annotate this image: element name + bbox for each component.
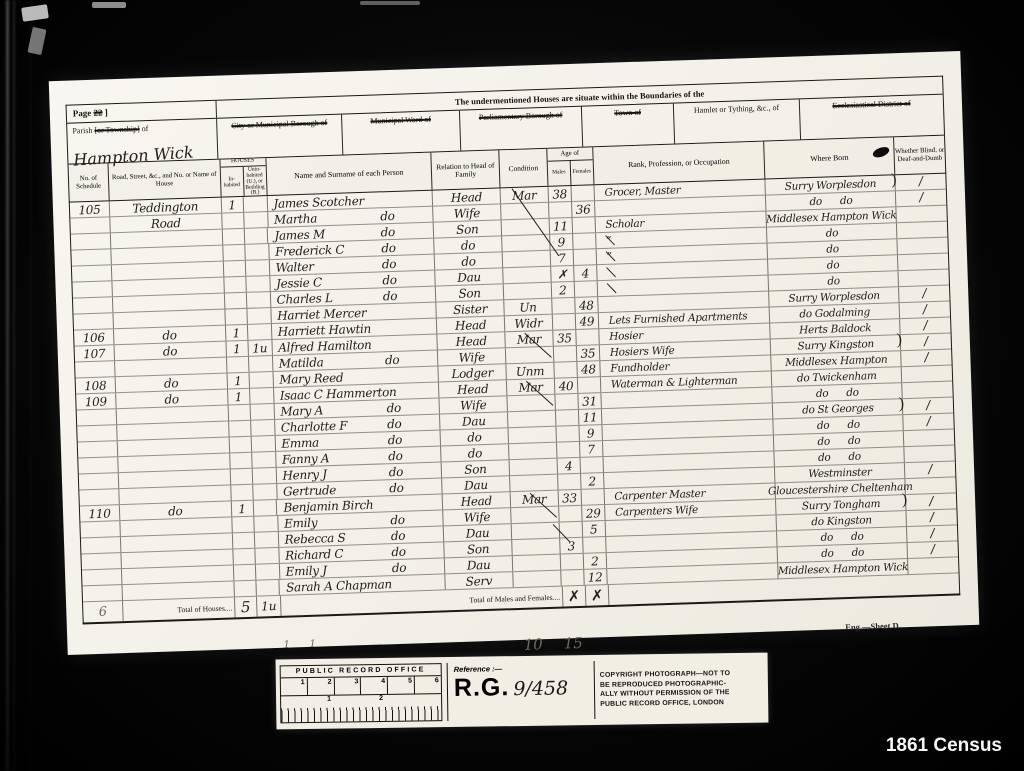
check-mark	[897, 206, 947, 223]
age-male	[561, 554, 584, 570]
houses-uninhabited	[250, 388, 274, 404]
check-mark	[908, 557, 958, 574]
col-age-title: Age of	[560, 148, 579, 160]
condition: Unm	[506, 363, 554, 380]
col-females: Females	[571, 160, 594, 185]
public-record-office-label: PUBLIC RECORD OFFICE 123456 12 Reference…	[276, 653, 769, 730]
schedule-number	[77, 409, 117, 425]
check-mark	[904, 429, 954, 446]
houses-inhabited	[232, 533, 254, 549]
condition	[501, 203, 549, 220]
age-female: 48	[577, 361, 600, 377]
col-houses: HOUSES In-habited Unin-habited (U.), or …	[220, 158, 267, 197]
ruler-inch-mark: 3	[334, 677, 361, 694]
houses-uninhabited	[252, 452, 276, 468]
pro-copyright-notice: COPYRIGHT PHOTOGRAPH—NOT TOBE REPRODUCED…	[600, 660, 765, 718]
check-mark: /	[907, 509, 957, 526]
relation-to-head: Wife	[438, 348, 506, 365]
age-female	[581, 489, 604, 505]
check-mark: /	[900, 302, 950, 319]
schedule-number	[77, 425, 117, 441]
schedule-number	[83, 585, 123, 601]
schedule-number: 105	[70, 201, 110, 217]
ruler-inch-mark: 5	[388, 676, 415, 693]
ecclesiastical-label: Ecclesiastical District of	[832, 99, 910, 111]
age-male: 4	[557, 458, 580, 474]
condition: Un	[504, 299, 552, 316]
age-male	[553, 314, 576, 330]
houses-uninhabited	[248, 324, 272, 340]
houses-uninhabited: 1u	[248, 340, 272, 356]
total-houses-label: Total of Houses....	[123, 597, 236, 621]
condition: Mar	[501, 187, 549, 204]
col-inhabited: In-habited	[220, 167, 244, 196]
schedule-number: 108	[76, 377, 116, 393]
relation-to-head: Son	[444, 540, 512, 557]
age-female: 36	[572, 201, 595, 217]
relation-to-head: Head	[437, 316, 505, 333]
schedule-number: 106	[74, 329, 114, 345]
houses-uninhabited	[245, 260, 269, 276]
reference-number: 9/458	[513, 677, 568, 700]
schedule-number	[81, 537, 121, 553]
schedule-number	[81, 553, 121, 569]
road-name	[122, 581, 234, 600]
age-female: 5	[582, 521, 605, 537]
schedule-number	[71, 233, 111, 249]
age-female: 7	[580, 441, 603, 457]
ruler-inch-mark: 1	[281, 678, 308, 695]
age-male	[559, 506, 582, 522]
condition	[503, 267, 551, 284]
col-relation: Relation to Head of Family	[431, 150, 500, 189]
where-born: Middlesex Hampton Wick	[778, 559, 908, 578]
age-female: 49	[576, 313, 599, 329]
houses-inhabited	[229, 421, 251, 437]
relation-to-head: Wife	[443, 508, 511, 525]
film-blotch	[92, 2, 126, 8]
age-male: 11	[549, 218, 572, 234]
film-scratch	[6, 0, 9, 771]
condition	[512, 539, 560, 556]
page-label: Page	[73, 108, 92, 119]
census-year-watermark: 1861 Census	[886, 735, 1002, 757]
age-male: 40	[555, 378, 578, 394]
condition	[510, 459, 558, 476]
check-mark: /	[901, 334, 951, 351]
houses-inhabited	[223, 261, 245, 277]
age-female	[580, 457, 603, 473]
houses-uninhabited	[256, 580, 280, 596]
houses-uninhabited	[254, 516, 278, 532]
condition	[502, 235, 550, 252]
total-males-crossed: ✗	[563, 586, 587, 607]
houses-inhabited: 1	[221, 197, 243, 213]
census-form: Page 22 ] The undermentioned Houses are …	[66, 76, 961, 625]
check-mark	[897, 222, 947, 239]
relation-to-head: Wife	[440, 396, 508, 413]
parish-label: Parish	[72, 126, 92, 136]
municipal-ward-label: Municipal Ward of	[370, 115, 431, 126]
schedule-number	[78, 441, 118, 457]
col-age: Age of Males Females	[547, 147, 594, 186]
schedule-number	[71, 249, 111, 265]
houses-uninhabited	[253, 484, 277, 500]
age-male	[554, 362, 577, 378]
schedule-number: 109	[76, 393, 116, 409]
town-label: Town of	[614, 108, 641, 118]
schedule-number	[75, 361, 115, 377]
col-name: Name and Surname of each Person	[266, 153, 433, 195]
col-condition: Condition	[499, 149, 548, 188]
houses-uninhabited	[251, 436, 275, 452]
age-female: 12	[584, 569, 607, 585]
houses-uninhabited	[246, 292, 270, 308]
houses-inhabited	[229, 437, 251, 453]
check-mark	[902, 381, 952, 398]
condition	[510, 475, 558, 492]
age-male: 35	[553, 330, 576, 346]
parish-label-struck: [or Township]	[94, 124, 140, 134]
parish-label-of: of	[142, 124, 149, 133]
page-number: 22	[93, 108, 102, 118]
relation-to-head: Serv	[445, 572, 513, 589]
pro-ruler: PUBLIC RECORD OFFICE 123456 12	[280, 663, 443, 723]
total-uninhabited: 1u	[257, 596, 282, 617]
schedule-number	[72, 265, 112, 281]
age-female: 48	[575, 297, 598, 313]
houses-inhabited: 1	[231, 501, 253, 517]
houses-uninhabited	[247, 308, 271, 324]
houses-inhabited: 1	[227, 373, 249, 389]
age-male	[554, 346, 577, 362]
age-female: 4	[574, 265, 597, 281]
col-occupation: Rank, Profession, or Occupation	[593, 142, 766, 185]
age-male: ✗	[551, 266, 574, 282]
parliamentary-borough-field: Parliamentary Borough of	[460, 107, 583, 151]
age-female	[576, 329, 599, 345]
parliamentary-borough-label: Parliamentary Borough of	[479, 110, 563, 122]
check-mark: /	[901, 350, 951, 367]
film-scratch	[13, 0, 15, 771]
age-female	[571, 185, 594, 201]
age-female	[572, 217, 595, 233]
age-female	[578, 377, 601, 393]
age-female: 31	[578, 393, 601, 409]
age-male: 2	[552, 282, 575, 298]
reference-prefix: R.G.	[454, 673, 510, 703]
hamlet-label: Hamlet or Tything, &c., of	[694, 103, 780, 115]
col-born: Where Born	[765, 137, 896, 178]
houses-inhabited	[231, 485, 253, 501]
check-mark	[906, 477, 956, 494]
houses-inhabited	[225, 293, 247, 309]
condition	[513, 571, 561, 588]
relation-to-head: Wife	[433, 204, 501, 221]
age-female: 2	[584, 553, 607, 569]
schedule-number	[79, 473, 119, 489]
ruler-inch-mark: 2	[308, 678, 335, 695]
age-male: 7	[551, 250, 574, 266]
relation-to-head: Lodger	[439, 364, 507, 381]
houses-uninhabited	[252, 468, 276, 484]
relation-to-head: Dau	[445, 556, 513, 573]
check-mark: /	[899, 286, 949, 303]
col-males: Males	[548, 161, 572, 186]
town-field: Town of	[582, 104, 675, 147]
houses-inhabited	[233, 549, 255, 565]
film-scratch	[30, 0, 31, 771]
schedule-number	[80, 521, 120, 537]
age-male	[556, 410, 579, 426]
col-blind: Whether Blind, or Deaf-and-Dumb	[894, 136, 945, 175]
condition	[503, 251, 551, 268]
relation-to-head: do	[434, 236, 502, 253]
houses-uninhabited	[243, 196, 267, 212]
check-mark	[904, 445, 954, 462]
schedule-number	[72, 281, 112, 297]
condition	[504, 283, 552, 300]
age-male	[557, 442, 580, 458]
houses-inhabited	[222, 213, 244, 229]
schedule-number	[70, 217, 110, 233]
houses-inhabited	[232, 517, 254, 533]
houses-uninhabited	[255, 564, 279, 580]
age-female	[573, 249, 596, 265]
houses-uninhabited	[249, 356, 273, 372]
condition	[506, 347, 554, 364]
check-mark	[898, 254, 948, 271]
age-male	[549, 202, 572, 218]
age-female: 35	[577, 345, 600, 361]
houses-uninhabited	[251, 420, 275, 436]
houses-inhabited: 1	[226, 341, 248, 357]
houses-inhabited	[223, 245, 245, 261]
ruler-inch-mark: 6	[415, 676, 441, 693]
condition	[509, 443, 557, 460]
relation-to-head: do	[441, 428, 509, 445]
relation-to-head: do	[441, 444, 509, 461]
age-female	[583, 537, 606, 553]
houses-inhabited	[222, 229, 244, 245]
houses-inhabited	[227, 357, 249, 373]
check-mark	[902, 365, 952, 382]
pencil-tick-uninhabited: 1	[309, 639, 316, 650]
pencil-tick-inhabited: 1	[283, 640, 290, 651]
relation-to-head: do	[435, 252, 503, 269]
film-blotch	[360, 1, 420, 5]
houses-uninhabited	[246, 276, 270, 292]
pro-reference-box: Reference :— R.G. 9/458	[447, 661, 596, 721]
check-mark: /	[896, 190, 946, 207]
pencil-total-males: 10	[523, 635, 543, 654]
condition: Widr	[505, 315, 553, 332]
condition	[508, 411, 556, 428]
sheet-label: Eng.—Sheet D.	[845, 620, 901, 632]
relation-to-head: Sister	[436, 300, 504, 317]
ruler-inch-mark: 4	[361, 677, 388, 694]
total-females-crossed: ✗	[586, 585, 610, 606]
check-mark: /	[895, 174, 945, 191]
hamlet-field: Hamlet or Tything, &c., of	[674, 99, 801, 143]
houses-inhabited: 1	[228, 389, 250, 405]
relation-to-head: Dau	[442, 476, 510, 493]
pencil-total-females: 15	[563, 634, 583, 653]
check-mark: /	[900, 318, 950, 335]
houses-inhabited	[225, 309, 247, 325]
city-borough-field: City or Municipal Borough of	[217, 115, 343, 159]
relation-to-head: Dau	[444, 524, 512, 541]
census-entries: 105Teddington1James ScotcherHeadMar38Gro…	[69, 174, 960, 603]
houses-uninhabited	[244, 228, 268, 244]
age-male	[552, 298, 575, 314]
schedule-number	[79, 489, 119, 505]
houses-inhabited: 1	[226, 325, 248, 341]
age-female: 29	[582, 505, 605, 521]
age-male	[556, 426, 579, 442]
houses-inhabited	[228, 405, 250, 421]
houses-inhabited	[230, 469, 252, 485]
check-mark: /	[906, 493, 956, 510]
houses-inhabited	[234, 565, 256, 581]
relation-to-head: Dau	[440, 412, 508, 429]
relation-to-head: Head	[438, 332, 506, 349]
check-mark: /	[903, 413, 953, 430]
condition	[507, 395, 555, 412]
col-uninhabited: Unin-habited (U.), or Building (B.)	[243, 166, 266, 196]
houses-uninhabited	[253, 500, 277, 516]
houses-uninhabited	[255, 548, 279, 564]
houses-uninhabited	[249, 372, 273, 388]
relation-to-head: Son	[434, 220, 502, 237]
schedule-number: 107	[75, 345, 115, 361]
age-male	[558, 474, 581, 490]
schedule-number	[82, 569, 122, 585]
relation-to-head: Head	[443, 492, 511, 509]
check-mark: /	[903, 397, 953, 414]
age-male	[561, 570, 584, 586]
age-male: 38	[548, 186, 571, 202]
houses-uninhabited	[245, 244, 269, 260]
ruler-cm-mark: 2	[379, 695, 383, 702]
age-female	[573, 233, 596, 249]
relation-to-head: Head	[439, 380, 507, 397]
ruler-cm-mark: 1	[327, 696, 331, 703]
schedule-number	[73, 313, 113, 329]
age-male	[555, 394, 578, 410]
relation-to-head: Son	[436, 284, 504, 301]
houses-uninhabited	[244, 212, 268, 228]
check-mark	[899, 270, 949, 287]
total-inhabited: 5	[235, 597, 258, 618]
relation-to-head: Dau	[435, 268, 503, 285]
relation-to-head: Head	[433, 188, 501, 205]
condition	[513, 555, 561, 572]
page-bracket: ]	[105, 107, 108, 117]
check-mark: /	[905, 461, 955, 478]
age-male: 3	[560, 538, 583, 554]
age-female: 2	[581, 473, 604, 489]
municipal-ward-field: Municipal Ward of	[342, 111, 461, 155]
schedule-number	[78, 457, 118, 473]
age-male: 33	[558, 490, 581, 506]
city-borough-label: City or Municipal Borough of	[231, 118, 327, 130]
copyright-line: PUBLIC RECORD OFFICE, LONDON	[600, 697, 764, 709]
ecclesiastical-field: Ecclesiastical District of	[800, 95, 944, 140]
check-mark	[898, 238, 948, 255]
schedule-number	[73, 297, 113, 313]
age-female: 9	[579, 425, 602, 441]
houses-inhabited	[234, 581, 256, 597]
houses-uninhabited	[254, 532, 278, 548]
pro-ruler-cm: 12	[281, 694, 441, 722]
houses-inhabited	[224, 277, 246, 293]
totals-pencil-schedule: 6	[83, 601, 124, 622]
age-female: 11	[579, 409, 602, 425]
check-mark: /	[907, 525, 957, 542]
age-female	[575, 281, 598, 297]
pro-ruler-inches: 123456	[281, 676, 441, 696]
census-page: Page 22 ] The undermentioned Houses are …	[49, 51, 980, 655]
check-mark: /	[908, 541, 958, 558]
houses-inhabited	[230, 453, 252, 469]
condition	[509, 427, 557, 444]
relation-to-head: Son	[442, 460, 510, 477]
houses-uninhabited	[250, 404, 274, 420]
schedule-number: 110	[80, 505, 120, 521]
